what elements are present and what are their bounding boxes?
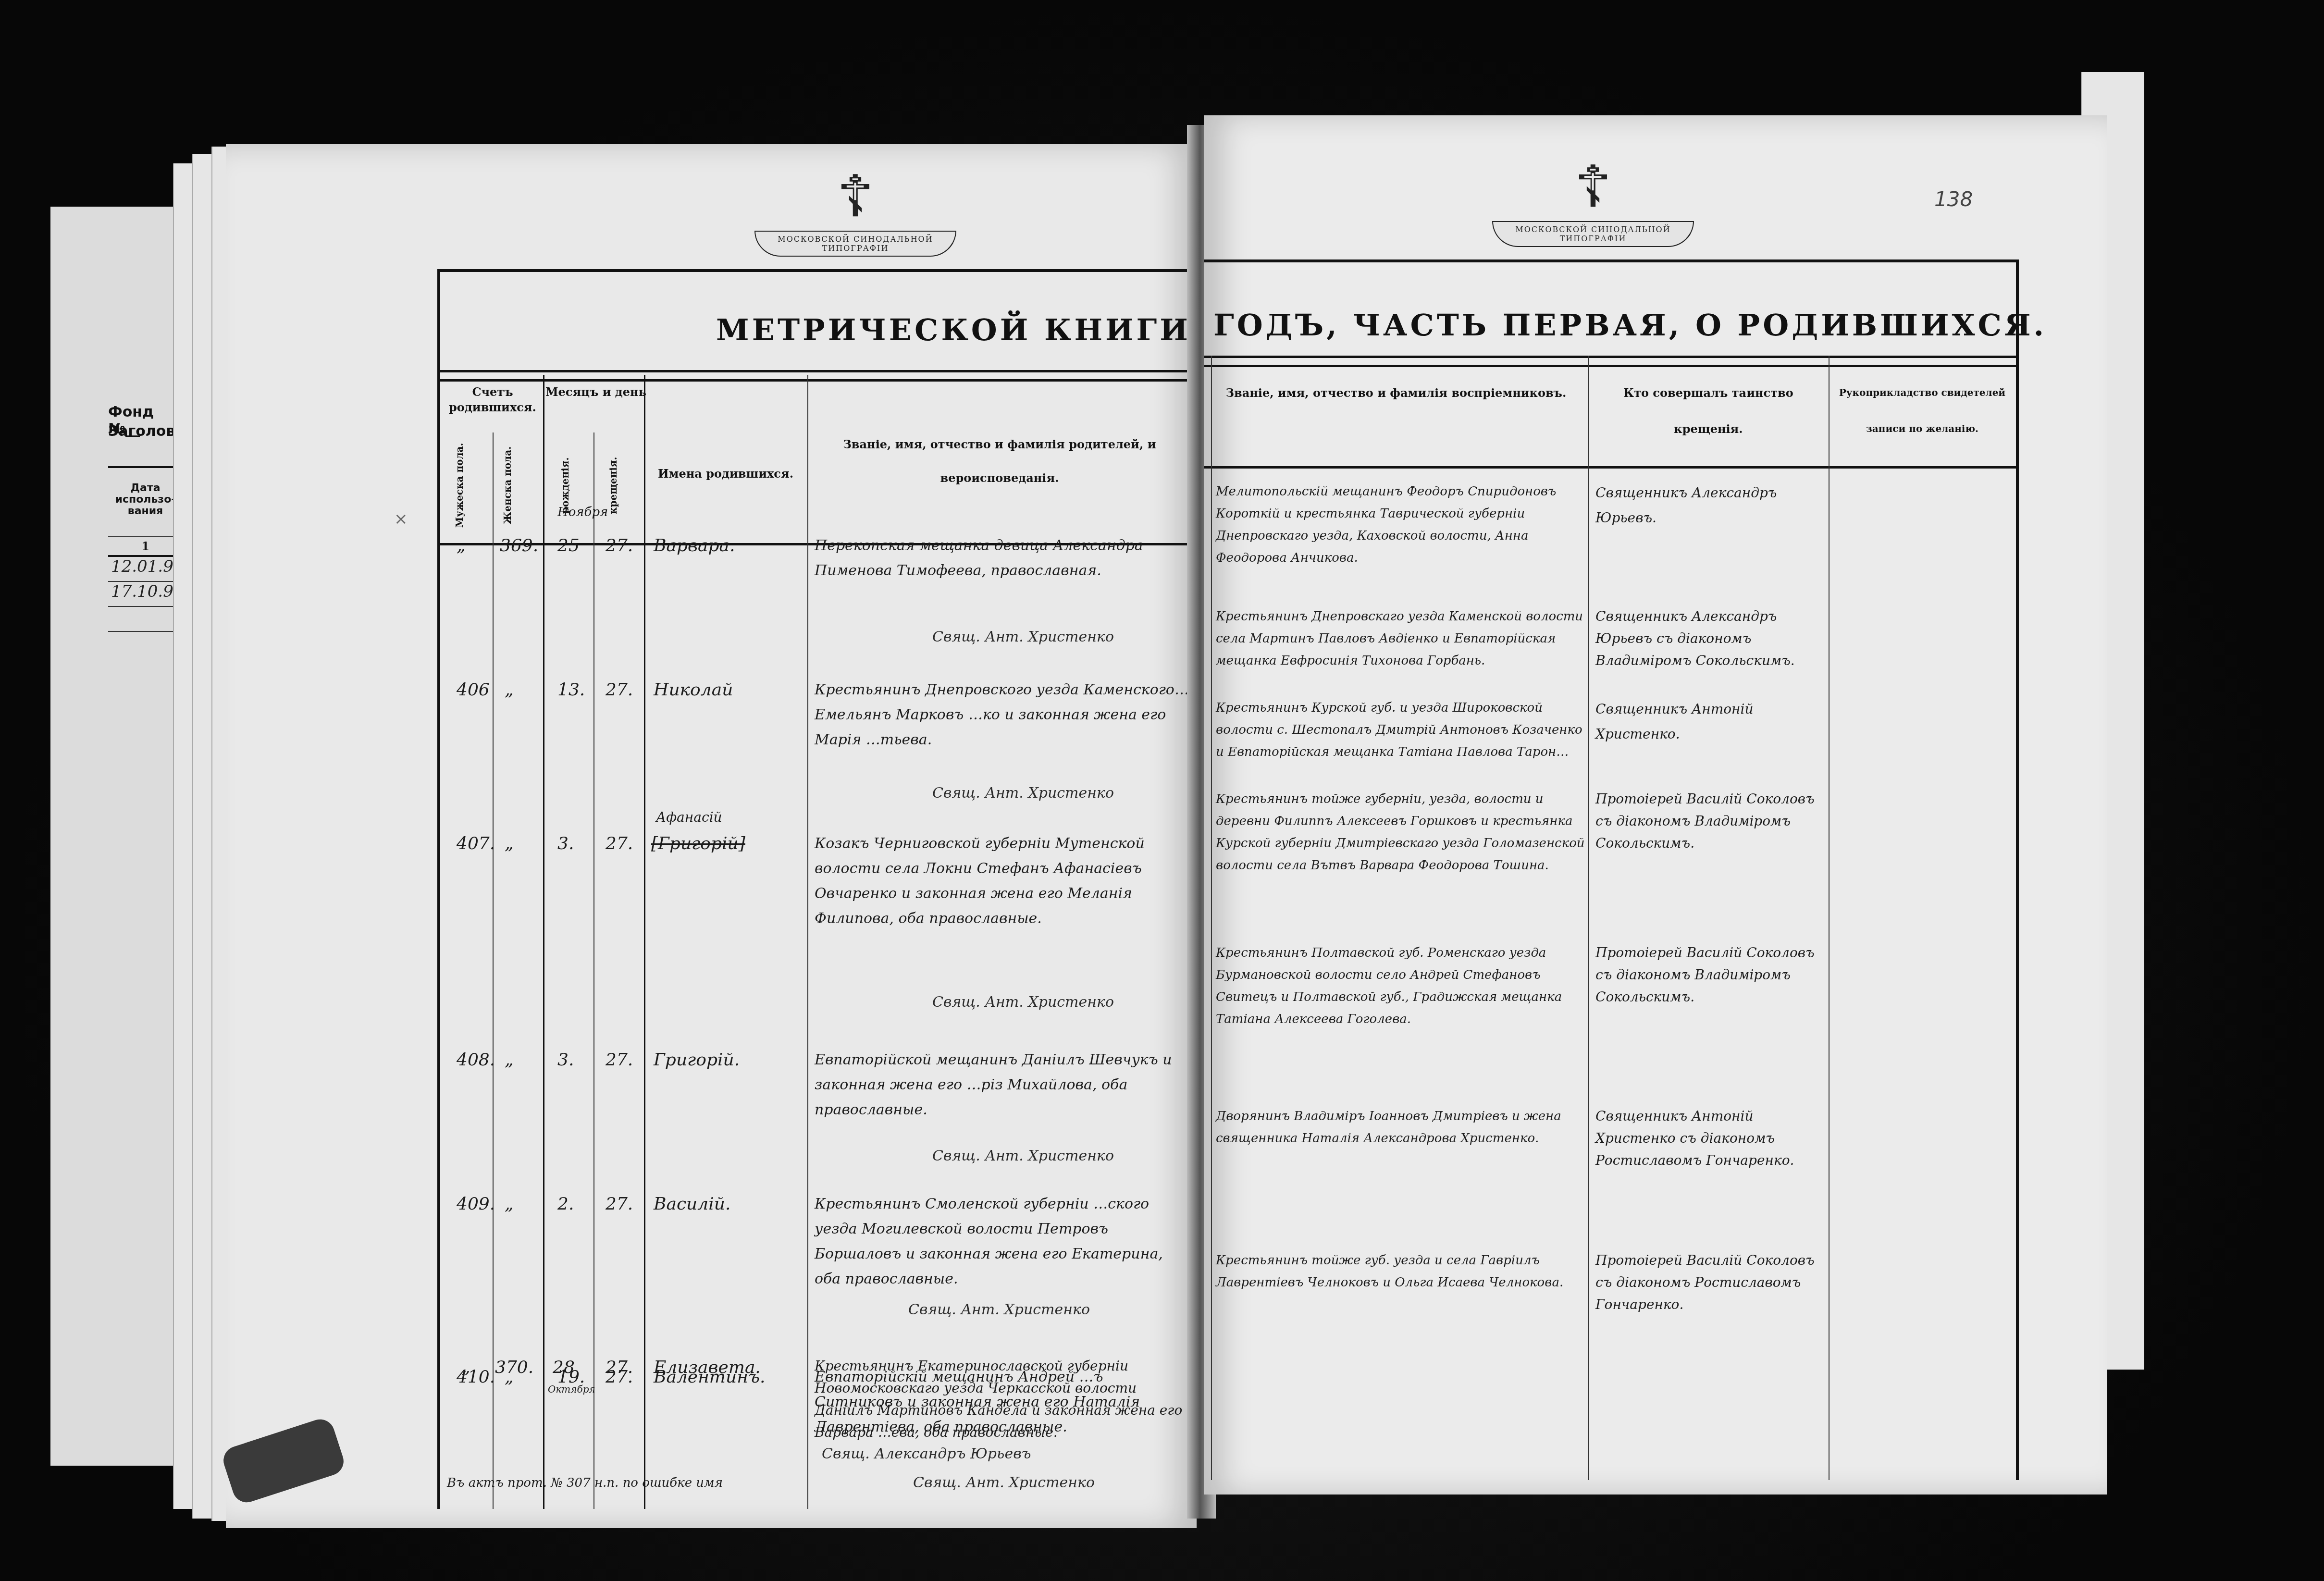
priest-name: Протоіерей Василій Соколовъ съ діакономъ…: [1595, 942, 1826, 1008]
column-line: [593, 432, 594, 1509]
header-male: Мужеска пола.: [452, 437, 481, 533]
child-name-struck: [Григорій]: [651, 831, 745, 856]
imperial-emblem: ☦ МОСКОВСКОЙ СИНОДАЛЬНОЙ ТИПОГРАФІИ: [1492, 154, 1694, 247]
usage-date-empty: [108, 607, 183, 632]
column-line: [1588, 356, 1589, 1480]
parents-text: Крестьянинъ Екатеринославской губерніи Н…: [815, 1355, 1189, 1444]
parents-text: Евпаторійской мещанинъ Даніилъ Шевчукъ и…: [815, 1048, 1189, 1123]
child-name: Варвара.: [654, 533, 735, 558]
frame-left: [437, 269, 440, 1509]
priest-signature: Свящ. Ант. Христенко: [908, 1297, 1090, 1322]
header-birth-count: Счетъ родившихся.: [442, 384, 543, 415]
header-rule: [440, 370, 1197, 382]
correction-footnote: Въ актъ прот. № 307 н.п. по ошибке имя: [447, 1470, 723, 1495]
priest-name: Священникъ Александръ Юрьевъ.: [1595, 481, 1826, 531]
priest-name: Протоіерей Василій Соколовъ съ діакономъ…: [1595, 1249, 1826, 1316]
frame-top: [1204, 259, 2016, 262]
priest-name: Протоіерей Василій Соколовъ съ діакономъ…: [1595, 788, 1826, 854]
emblem-ribbon: МОСКОВСКОЙ СИНОДАЛЬНОЙ ТИПОГРАФІИ: [1492, 221, 1694, 247]
usage-date: 17.10.95: [108, 582, 183, 607]
column-line: [1211, 356, 1212, 1480]
folio-number: 138: [1934, 187, 1973, 211]
month-note: Ноября: [557, 500, 608, 525]
header-rule: [1204, 356, 2016, 367]
left-page: ☦ МОСКОВСКОЙ СИНОДАЛЬНОЙ ТИПОГРАФІИ МЕТР…: [226, 144, 1197, 1528]
column-line: [493, 432, 494, 1509]
priest-name: Священникъ Александръ Юрьевъ съ діаконом…: [1595, 605, 1826, 672]
double-headed-eagle-icon: ☦: [754, 163, 956, 231]
header-witnesses: Рукоприкладство свидетелей записи по жел…: [1833, 375, 2011, 447]
header-parents: Званіе, имя, отчество и фамилія родителе…: [812, 428, 1187, 495]
header-baptism: крещенія.: [606, 437, 634, 533]
double-headed-eagle-icon: ☦: [1492, 154, 1694, 221]
header-priest: Кто совершалъ таинство крещенія.: [1593, 375, 1824, 447]
born-month: Октября: [548, 1377, 595, 1402]
child-name-correction: Афанасій: [656, 805, 722, 830]
frame-right: [2016, 259, 2019, 1480]
column-line: [807, 375, 808, 1509]
child-name: Григорій.: [654, 1048, 740, 1073]
parents-text: Крестьянинъ Днепровского уезда Каменског…: [815, 678, 1189, 753]
child-name: Василій.: [654, 1192, 730, 1217]
priest-name: Священникъ Антоній Христенко съ діаконом…: [1595, 1105, 1826, 1172]
right-page: 138 ☦ МОСКОВСКОЙ СИНОДАЛЬНОЙ ТИПОГРАФІИ …: [1204, 115, 2107, 1495]
header-names: Имена родившихся.: [649, 466, 803, 482]
header-godparents: Званіе, имя, отчество и фамилія воспріем…: [1213, 375, 1579, 411]
column-line: [1829, 356, 1830, 1480]
book-title-continued: ГОДЪ, ЧАСТЬ ПЕРВАЯ, О РОДИВШИХСЯ.: [1213, 308, 2047, 343]
parents-text: Перекопская мещанка девица Александра Пи…: [815, 533, 1189, 583]
parents-text: Крестьянинъ Смоленской губерніи …ского у…: [815, 1192, 1189, 1292]
usage-date-header: Дата использо-вания: [108, 468, 183, 536]
emblem-ribbon: МОСКОВСКОЙ СИНОДАЛЬНОЙ ТИПОГРАФІИ: [754, 231, 956, 257]
priest-signature: Свящ. Ант. Христенко: [932, 990, 1114, 1015]
usage-date: 12.01.95: [108, 557, 183, 582]
parents-text: Козакъ Черниговской губерніи Мутенской в…: [815, 831, 1189, 931]
margin-x-mark: ×: [394, 509, 408, 529]
priest-signature: Свящ. Ант. Христенко: [913, 1470, 1095, 1495]
archive-usage-strip: Фонд №__ Заголовок Дата использо-вания 1…: [50, 207, 181, 1466]
priest-signature: Свящ. Ант. Христенко: [932, 1144, 1114, 1169]
header-bottom-rule: [1204, 466, 2016, 470]
priest-signature: Свящ. Ант. Христенко: [932, 625, 1114, 650]
column-number: 1: [108, 536, 183, 557]
child-name: Елизавета.: [654, 1355, 761, 1380]
priest-signature: Свящ. Ант. Христенко: [932, 781, 1114, 806]
imperial-emblem: ☦ МОСКОВСКОЙ СИНОДАЛЬНОЙ ТИПОГРАФІИ: [754, 163, 956, 257]
column-line: [644, 375, 645, 1509]
header-month-day: Месяцъ и день: [545, 384, 646, 400]
child-name: Николай: [654, 678, 733, 703]
priest-signature: Свящ. Александръ Юрьевъ: [822, 1442, 1031, 1467]
column-line: [543, 375, 544, 1509]
header-female: Женска пола.: [500, 437, 529, 533]
frame-top: [437, 269, 1197, 272]
priest-name: Священникъ Антоній Христенко.: [1595, 697, 1826, 747]
